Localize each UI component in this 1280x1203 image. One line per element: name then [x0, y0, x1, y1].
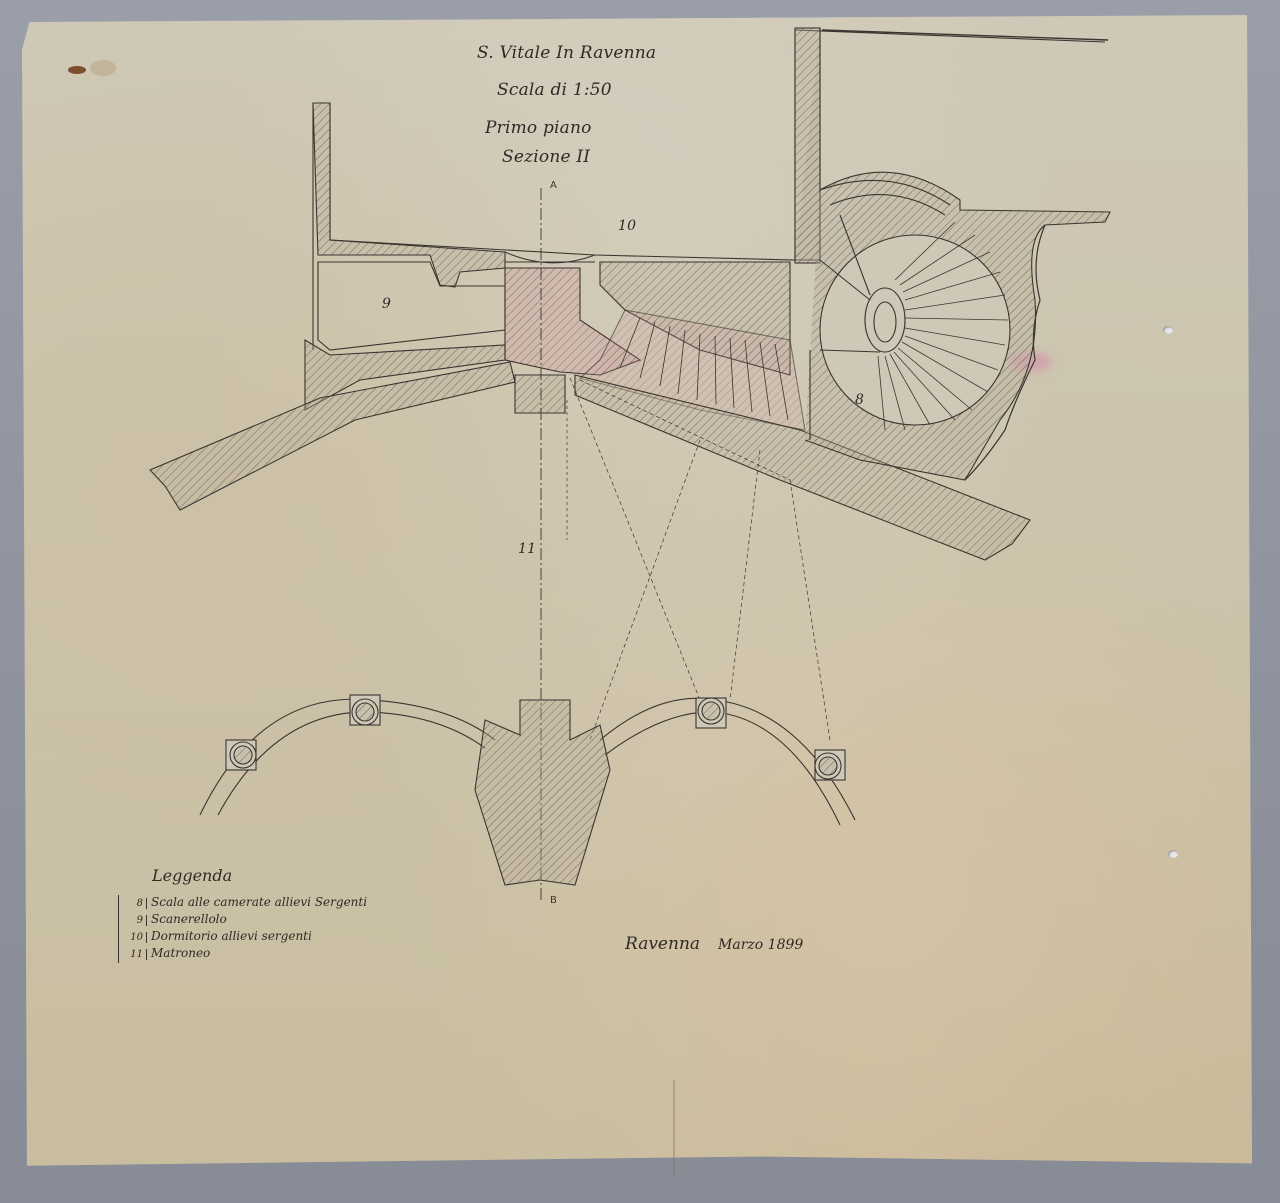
legend-item: 11 Matroneo	[119, 946, 367, 963]
room-label-10: 10	[618, 218, 636, 234]
room-label-8: 8	[855, 392, 864, 408]
legend: Leggenda 8 Scala alle camerate allievi S…	[118, 866, 367, 963]
column	[815, 750, 845, 780]
left-wall	[313, 103, 505, 287]
column	[350, 695, 380, 725]
column	[696, 698, 726, 728]
title-line-1: S. Vitale In Ravenna	[477, 43, 656, 63]
title-line-4: Sezione II	[502, 147, 590, 167]
legend-item: 10 Dormitorio allievi sergenti	[119, 929, 367, 946]
legend-item-text: Scanerellolo	[147, 912, 227, 926]
room-label-11: 11	[518, 541, 536, 557]
central-block	[515, 375, 565, 413]
legend-item: 9 Scanerellolo	[119, 912, 367, 929]
title-line-2: Scala di 1:50	[497, 80, 612, 100]
legend-item-number: 10	[119, 932, 147, 943]
legend-item-number: 11	[119, 949, 147, 960]
title-line-3: Primo piano	[485, 118, 592, 138]
floor-plan-drawing	[0, 0, 1280, 1203]
legend-heading: Leggenda	[152, 866, 367, 885]
column	[226, 740, 256, 770]
legend-item: 8 Scala alle camerate allievi Sergenti	[119, 895, 367, 912]
legend-list: 8 Scala alle camerate allievi Sergenti 9…	[118, 895, 367, 963]
signature-place: Ravenna	[625, 934, 700, 954]
signature: RavennaMarzo 1899	[625, 934, 803, 954]
spiral-stair	[805, 172, 1110, 480]
legend-item-text: Dormitorio allievi sergenti	[147, 929, 312, 943]
legend-item-text: Matroneo	[147, 946, 210, 960]
axis-label-b: B	[550, 895, 557, 906]
right-tall-wall	[795, 28, 820, 263]
axis-label-a: A	[550, 180, 557, 191]
room-label-9: 9	[382, 296, 391, 312]
legend-item-number: 8	[119, 898, 147, 909]
lower-arcade	[200, 695, 855, 885]
signature-date: Marzo 1899	[718, 937, 803, 953]
central-pier	[475, 700, 610, 885]
legend-item-text: Scala alle camerate allievi Sergenti	[147, 895, 367, 909]
room-9-outline	[318, 262, 505, 350]
legend-item-number: 9	[119, 915, 147, 926]
